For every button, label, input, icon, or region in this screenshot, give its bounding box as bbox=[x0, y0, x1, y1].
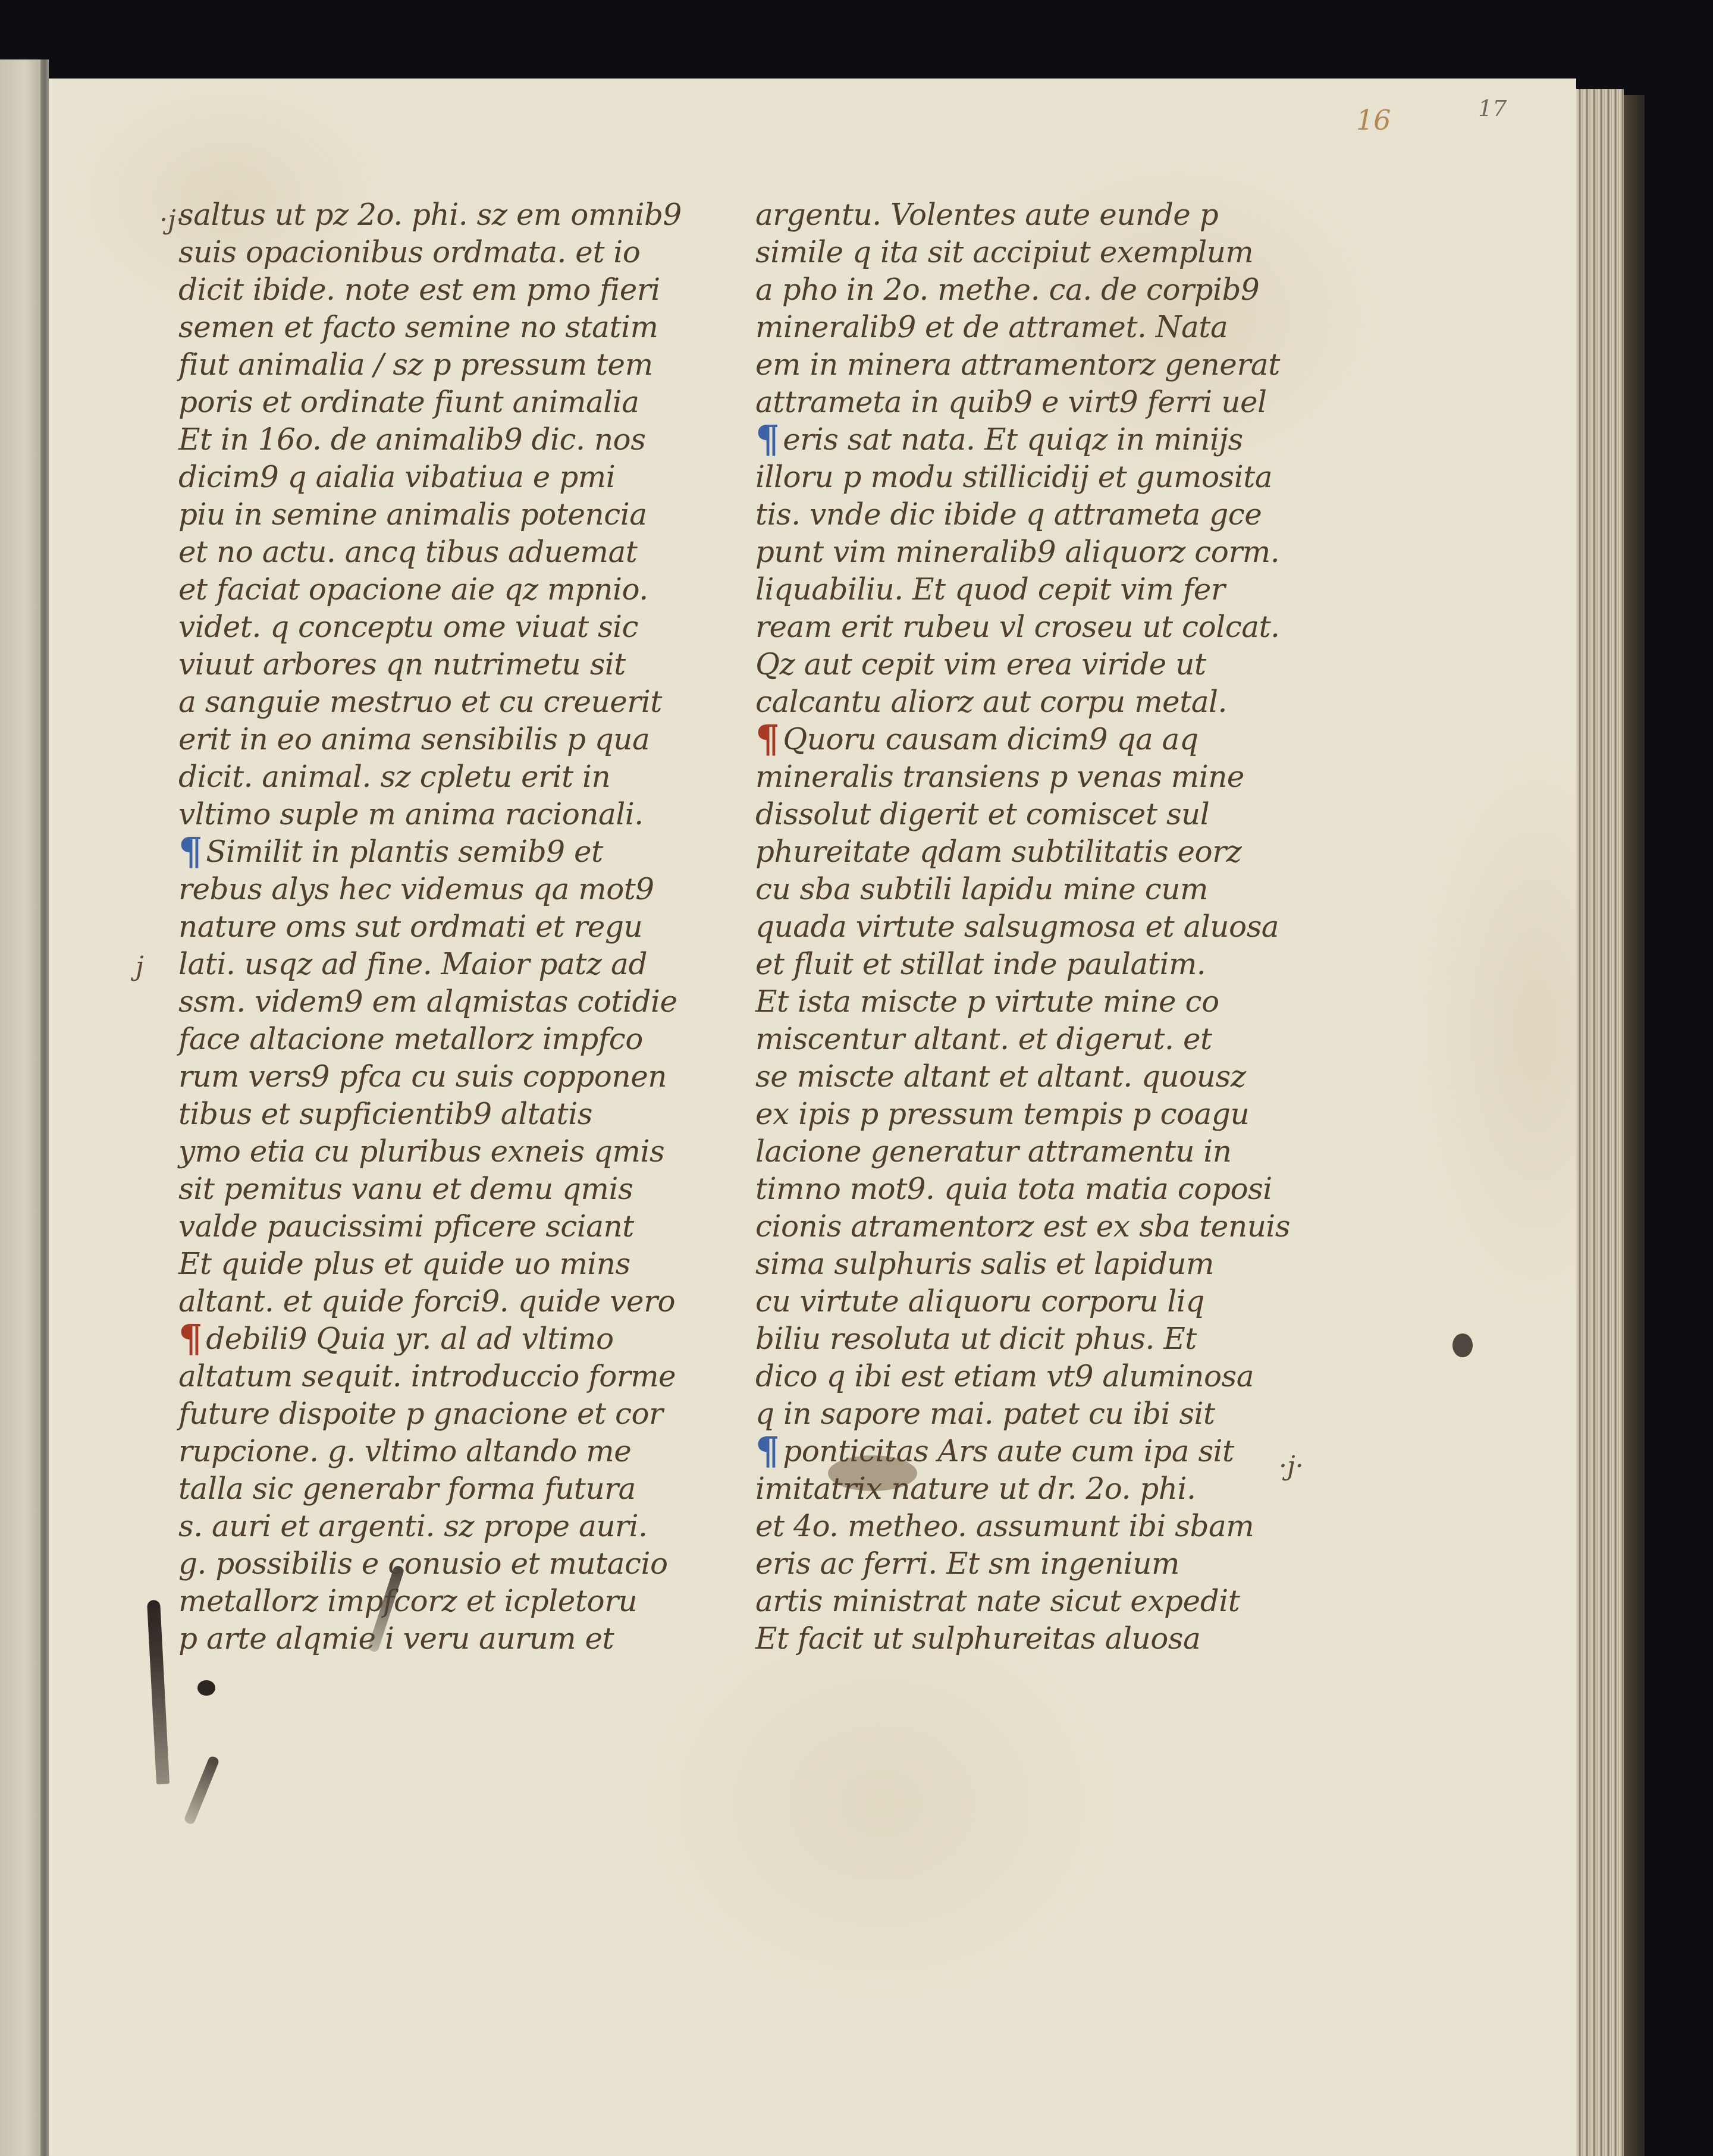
line-text: ssm. videm9 em alqmistas cotidie bbox=[178, 984, 677, 1019]
manuscript-line: ¶debili9 Quia yr. al ad vltimo bbox=[178, 1320, 654, 1358]
manuscript-line: timno mot9. quia tota matia coposi bbox=[755, 1170, 1273, 1208]
line-text: dicit ibide. note est em pmo fieri bbox=[178, 272, 660, 307]
line-text: se miscte altant et altant. quousz bbox=[755, 1059, 1246, 1094]
page-block-edges bbox=[1576, 89, 1624, 2156]
line-text: em in minera attramentorz generat bbox=[755, 347, 1280, 382]
facing-page-edge bbox=[0, 59, 42, 2156]
manuscript-line: lati. usqz ad fine. Maior patz ad bbox=[178, 946, 654, 983]
line-text: et no actu. ancq tibus aduemat bbox=[178, 535, 637, 569]
manuscript-line: calcantu aliorz aut corpu metal. bbox=[755, 683, 1273, 721]
manuscript-line: rebus alys hec videmus qa mot9 bbox=[178, 871, 654, 908]
manuscript-line: Qz aut cepit vim erea viride ut bbox=[755, 646, 1273, 683]
manuscript-line: eris ac ferri. Et sm ingenium bbox=[755, 1545, 1273, 1583]
line-text: et fluit et stillat inde paulatim. bbox=[755, 947, 1206, 981]
line-text: Et ista miscte p virtute mine co bbox=[755, 984, 1219, 1019]
manuscript-line: s. auri et argenti. sz prope auri. bbox=[178, 1508, 654, 1545]
text-column-left: saltus ut pz 2o. phi. sz em omnib9suis o… bbox=[178, 196, 654, 1658]
text-column-right: argentu. Volentes aute eunde psimile q i… bbox=[755, 196, 1273, 1658]
manuscript-line: mineralis transiens p venas mine bbox=[755, 758, 1273, 796]
line-text: lacione generatur attramentu in bbox=[755, 1134, 1232, 1169]
line-text: future dispoite p gnacione et cor bbox=[178, 1396, 663, 1431]
line-text: face altacione metallorz impfco bbox=[178, 1022, 643, 1056]
manuscript-line: a sanguie mestruo et cu creuerit bbox=[178, 683, 654, 721]
line-text: dico q ibi est etiam vt9 aluminosa bbox=[755, 1359, 1254, 1394]
manuscript-line: a pho in 2o. methe. ca. de corpib9 bbox=[755, 271, 1273, 309]
manuscript-line: videt. q conceptu ome viuat sic bbox=[178, 608, 654, 646]
manuscript-line: viuut arbores qn nutrimetu sit bbox=[178, 646, 654, 683]
line-text: fiut animalia / sz p pressum tem bbox=[178, 347, 653, 382]
manuscript-line: nature oms sut ordmati et regu bbox=[178, 908, 654, 946]
manuscript-line: semen et facto semine no statim bbox=[178, 309, 654, 346]
ink-blot bbox=[197, 1680, 215, 1696]
line-text: ymo etia cu pluribus exneis qmis bbox=[178, 1134, 664, 1169]
manuscript-line: em in minera attramentorz generat bbox=[755, 346, 1273, 384]
line-text: valde paucissimi pficere sciant bbox=[178, 1209, 634, 1244]
manuscript-line: cionis atramentorz est ex sba tenuis bbox=[755, 1208, 1273, 1245]
line-text: piu in semine animalis potencia bbox=[178, 497, 647, 532]
line-text: cu sba subtili lapidu mine cum bbox=[755, 872, 1208, 906]
line-text: erit in eo anima sensibilis p qua bbox=[178, 722, 650, 757]
folio-number-ink: 16 bbox=[1356, 104, 1391, 136]
line-text: argentu. Volentes aute eunde p bbox=[755, 197, 1218, 232]
manuscript-line: dico q ibi est etiam vt9 aluminosa bbox=[755, 1358, 1273, 1395]
line-text: poris et ordinate fiunt animalia bbox=[178, 385, 639, 419]
line-text: liquabiliu. Et quod cepit vim fer bbox=[755, 572, 1225, 607]
folio-number-pencil: 17 bbox=[1478, 95, 1507, 121]
manuscript-line: ream erit rubeu vl croseu ut colcat. bbox=[755, 608, 1273, 646]
line-text: nature oms sut ordmati et regu bbox=[178, 909, 642, 944]
manuscript-line: face altacione metallorz impfco bbox=[178, 1021, 654, 1058]
manuscript-line: dicit ibide. note est em pmo fieri bbox=[178, 271, 654, 309]
manuscript-line: ex ipis p pressum tempis p coagu bbox=[755, 1096, 1273, 1133]
manuscript-line: altant. et quide forci9. quide vero bbox=[178, 1283, 654, 1320]
line-text: q in sapore mai. patet cu ibi sit bbox=[755, 1396, 1215, 1431]
manuscript-line: et fluit et stillat inde paulatim. bbox=[755, 946, 1273, 983]
manuscript-line: metallorz impfcorz et icpletoru bbox=[178, 1583, 654, 1620]
line-text: et 4o. metheo. assumunt ibi sbam bbox=[755, 1509, 1254, 1543]
line-text: p arte alqmie i veru aurum et bbox=[178, 1621, 614, 1656]
manuscript-line: talla sic generabr forma futura bbox=[178, 1470, 654, 1508]
line-text: sima sulphuris salis et lapidum bbox=[755, 1247, 1214, 1281]
manuscript-line: Et ista miscte p virtute mine co bbox=[755, 983, 1273, 1021]
line-text: Et facit ut sulphureitas aluosa bbox=[755, 1621, 1200, 1656]
paraph-mark-blue: ¶ bbox=[755, 1433, 779, 1470]
line-text: metallorz impfcorz et icpletoru bbox=[178, 1584, 637, 1618]
line-text: eris ac ferri. Et sm ingenium bbox=[755, 1546, 1179, 1581]
manuscript-line: attrameta in quib9 e virt9 ferri uel bbox=[755, 384, 1273, 421]
manuscript-line: phureitate qdam subtilitatis eorz bbox=[755, 833, 1273, 871]
line-text: g. possibilis e conusio et mutacio bbox=[178, 1546, 668, 1581]
manuscript-line: se miscte altant et altant. quousz bbox=[755, 1058, 1273, 1096]
line-text: debili9 Quia yr. al ad vltimo bbox=[206, 1322, 613, 1356]
line-text: a pho in 2o. methe. ca. de corpib9 bbox=[755, 272, 1259, 307]
manuscript-line: liquabiliu. Et quod cepit vim fer bbox=[755, 571, 1273, 608]
line-text: rum vers9 pfca cu suis copponen bbox=[178, 1059, 667, 1094]
line-text: et faciat opacione aie qz mpnio. bbox=[178, 572, 648, 607]
line-text: eris sat nata. Et quiqz in minijs bbox=[783, 422, 1243, 457]
manuscript-line: tis. vnde dic ibide q attrameta gce bbox=[755, 496, 1273, 533]
line-text: dissolut digerit et comiscet sul bbox=[755, 797, 1209, 831]
line-text: vltimo suple m anima racionali. bbox=[178, 797, 644, 831]
manuscript-line: lacione generatur attramentu in bbox=[755, 1133, 1273, 1170]
line-text: rupcione. g. vltimo altando me bbox=[178, 1434, 631, 1468]
manuscript-line: et no actu. ancq tibus aduemat bbox=[178, 533, 654, 571]
manuscript-line: quada virtute salsugmosa et aluosa bbox=[755, 908, 1273, 946]
line-text: Et in 16o. de animalib9 dic. nos bbox=[178, 422, 645, 457]
line-text: artis ministrat nate sicut expedit bbox=[755, 1584, 1240, 1618]
line-text: biliu resoluta ut dicit phus. Et bbox=[755, 1322, 1197, 1356]
manuscript-line: ¶ponticitas Ars aute cum ipa sit bbox=[755, 1433, 1273, 1470]
line-text: attrameta in quib9 e virt9 ferri uel bbox=[755, 385, 1267, 419]
manuscript-line: ¶Similit in plantis semib9 et bbox=[178, 833, 654, 871]
line-text: mineralib9 et de attramet. Nata bbox=[755, 310, 1228, 344]
line-text: phureitate qdam subtilitatis eorz bbox=[755, 834, 1241, 869]
manuscript-line: biliu resoluta ut dicit phus. Et bbox=[755, 1320, 1273, 1358]
line-text: dicit. animal. sz cpletu erit in bbox=[178, 760, 610, 794]
manuscript-line: fiut animalia / sz p pressum tem bbox=[178, 346, 654, 384]
line-text: mineralis transiens p venas mine bbox=[755, 760, 1244, 794]
manuscript-line: dissolut digerit et comiscet sul bbox=[755, 796, 1273, 833]
manuscript-line: dicim9 q aialia vibatiua e pmi bbox=[178, 459, 654, 496]
manuscript-line: rum vers9 pfca cu suis copponen bbox=[178, 1058, 654, 1096]
manuscript-line: altatum sequit. introduccio forme bbox=[178, 1358, 654, 1395]
manuscript-line: suis opacionibus ordmata. et io bbox=[178, 234, 654, 271]
manuscript-line: g. possibilis e conusio et mutacio bbox=[178, 1545, 654, 1583]
line-text: cu virtute aliquoru corporu liq bbox=[755, 1284, 1204, 1319]
line-text: tis. vnde dic ibide q attrameta gce bbox=[755, 497, 1262, 532]
gutter-binding bbox=[40, 59, 49, 2156]
manuscript-line: piu in semine animalis potencia bbox=[178, 496, 654, 533]
line-text: videt. q conceptu ome viuat sic bbox=[178, 610, 638, 644]
manuscript-line: dicit. animal. sz cpletu erit in bbox=[178, 758, 654, 796]
paraph-mark-red: ¶ bbox=[178, 1320, 202, 1358]
manuscript-line: Et facit ut sulphureitas aluosa bbox=[755, 1620, 1273, 1658]
line-text: ponticitas Ars aute cum ipa sit bbox=[783, 1434, 1234, 1468]
line-text: quada virtute salsugmosa et aluosa bbox=[755, 909, 1279, 944]
manuscript-line: cu sba subtili lapidu mine cum bbox=[755, 871, 1273, 908]
manuscript-line: ¶Quoru causam dicim9 qa aq bbox=[755, 721, 1273, 758]
line-text: simile q ita sit accipiut exemplum bbox=[755, 235, 1253, 269]
line-text: ream erit rubeu vl croseu ut colcat. bbox=[755, 610, 1279, 644]
manuscript-line: valde paucissimi pficere sciant bbox=[178, 1208, 654, 1245]
manuscript-line: sima sulphuris salis et lapidum bbox=[755, 1245, 1273, 1283]
manuscript-line: p arte alqmie i veru aurum et bbox=[178, 1620, 654, 1658]
paraph-mark-blue: ¶ bbox=[755, 421, 779, 459]
manuscript-line: sit pemitus vanu et demu qmis bbox=[178, 1170, 654, 1208]
line-text: timno mot9. quia tota matia coposi bbox=[755, 1172, 1272, 1206]
line-text: suis opacionibus ordmata. et io bbox=[178, 235, 640, 269]
line-text: miscentur altant. et digerut. et bbox=[755, 1022, 1212, 1056]
manuscript-line: miscentur altant. et digerut. et bbox=[755, 1021, 1273, 1058]
margin-mark: ·j· bbox=[1279, 1451, 1304, 1482]
manuscript-line: simile q ita sit accipiut exemplum bbox=[755, 234, 1273, 271]
paraph-mark-blue: ¶ bbox=[178, 833, 202, 871]
ink-stain bbox=[1452, 1333, 1473, 1357]
manuscript-line: mineralib9 et de attramet. Nata bbox=[755, 309, 1273, 346]
line-text: rebus alys hec videmus qa mot9 bbox=[178, 872, 654, 906]
line-text: altatum sequit. introduccio forme bbox=[178, 1359, 676, 1394]
line-text: imitatrix nature ut dr. 2o. phi. bbox=[755, 1471, 1196, 1506]
line-text: saltus ut pz 2o. phi. sz em omnib9 bbox=[178, 197, 682, 232]
manuscript-line: imitatrix nature ut dr. 2o. phi. bbox=[755, 1470, 1273, 1508]
line-text: illoru p modu stillicidij et gumosita bbox=[755, 460, 1272, 494]
line-text: Qz aut cepit vim erea viride ut bbox=[755, 647, 1206, 682]
line-text: Quoru causam dicim9 qa aq bbox=[783, 722, 1198, 757]
line-text: sit pemitus vanu et demu qmis bbox=[178, 1172, 633, 1206]
manuscript-line: ssm. videm9 em alqmistas cotidie bbox=[178, 983, 654, 1021]
manuscript-line: Et quide plus et quide uo mins bbox=[178, 1245, 654, 1283]
manuscript-line: tibus et supficientib9 altatis bbox=[178, 1096, 654, 1133]
line-text: s. auri et argenti. sz prope auri. bbox=[178, 1509, 647, 1543]
line-text: altant. et quide forci9. quide vero bbox=[178, 1284, 675, 1319]
manuscript-line: Et in 16o. de animalib9 dic. nos bbox=[178, 421, 654, 459]
line-text: a sanguie mestruo et cu creuerit bbox=[178, 685, 662, 719]
line-text: dicim9 q aialia vibatiua e pmi bbox=[178, 460, 615, 494]
line-text: Similit in plantis semib9 et bbox=[206, 834, 603, 869]
manuscript-line: ymo etia cu pluribus exneis qmis bbox=[178, 1133, 654, 1170]
manuscript-line: erit in eo anima sensibilis p qua bbox=[178, 721, 654, 758]
line-text: calcantu aliorz aut corpu metal. bbox=[755, 685, 1227, 719]
paraph-mark-red: ¶ bbox=[755, 721, 779, 758]
line-text: tibus et supficientib9 altatis bbox=[178, 1097, 592, 1131]
manuscript-line: q in sapore mai. patet cu ibi sit bbox=[755, 1395, 1273, 1433]
manuscript-line: artis ministrat nate sicut expedit bbox=[755, 1583, 1273, 1620]
binding-cover bbox=[1624, 95, 1645, 2156]
line-text: lati. usqz ad fine. Maior patz ad bbox=[178, 947, 647, 981]
manuscript-line: illoru p modu stillicidij et gumosita bbox=[755, 459, 1273, 496]
manuscript-line: ¶eris sat nata. Et quiqz in minijs bbox=[755, 421, 1273, 459]
line-text: ex ipis p pressum tempis p coagu bbox=[755, 1097, 1249, 1131]
manuscript-line: et 4o. metheo. assumunt ibi sbam bbox=[755, 1508, 1273, 1545]
line-text: viuut arbores qn nutrimetu sit bbox=[178, 647, 626, 682]
manuscript-line: argentu. Volentes aute eunde p bbox=[755, 196, 1273, 234]
margin-mark: j bbox=[136, 952, 144, 982]
manuscript-line: punt vim mineralib9 aliquorz corm. bbox=[755, 533, 1273, 571]
manuscript-line: rupcione. g. vltimo altando me bbox=[178, 1433, 654, 1470]
manuscript-line: future dispoite p gnacione et cor bbox=[178, 1395, 654, 1433]
manuscript-line: cu virtute aliquoru corporu liq bbox=[755, 1283, 1273, 1320]
line-text: talla sic generabr forma futura bbox=[178, 1471, 636, 1506]
manuscript-line: saltus ut pz 2o. phi. sz em omnib9 bbox=[178, 196, 654, 234]
manuscript-line: vltimo suple m anima racionali. bbox=[178, 796, 654, 833]
line-text: cionis atramentorz est ex sba tenuis bbox=[755, 1209, 1290, 1244]
manuscript-line: et faciat opacione aie qz mpnio. bbox=[178, 571, 654, 608]
line-text: semen et facto semine no statim bbox=[178, 310, 658, 344]
line-text: punt vim mineralib9 aliquorz corm. bbox=[755, 535, 1279, 569]
manuscript-line: poris et ordinate fiunt animalia bbox=[178, 384, 654, 421]
line-text: Et quide plus et quide uo mins bbox=[178, 1247, 630, 1281]
